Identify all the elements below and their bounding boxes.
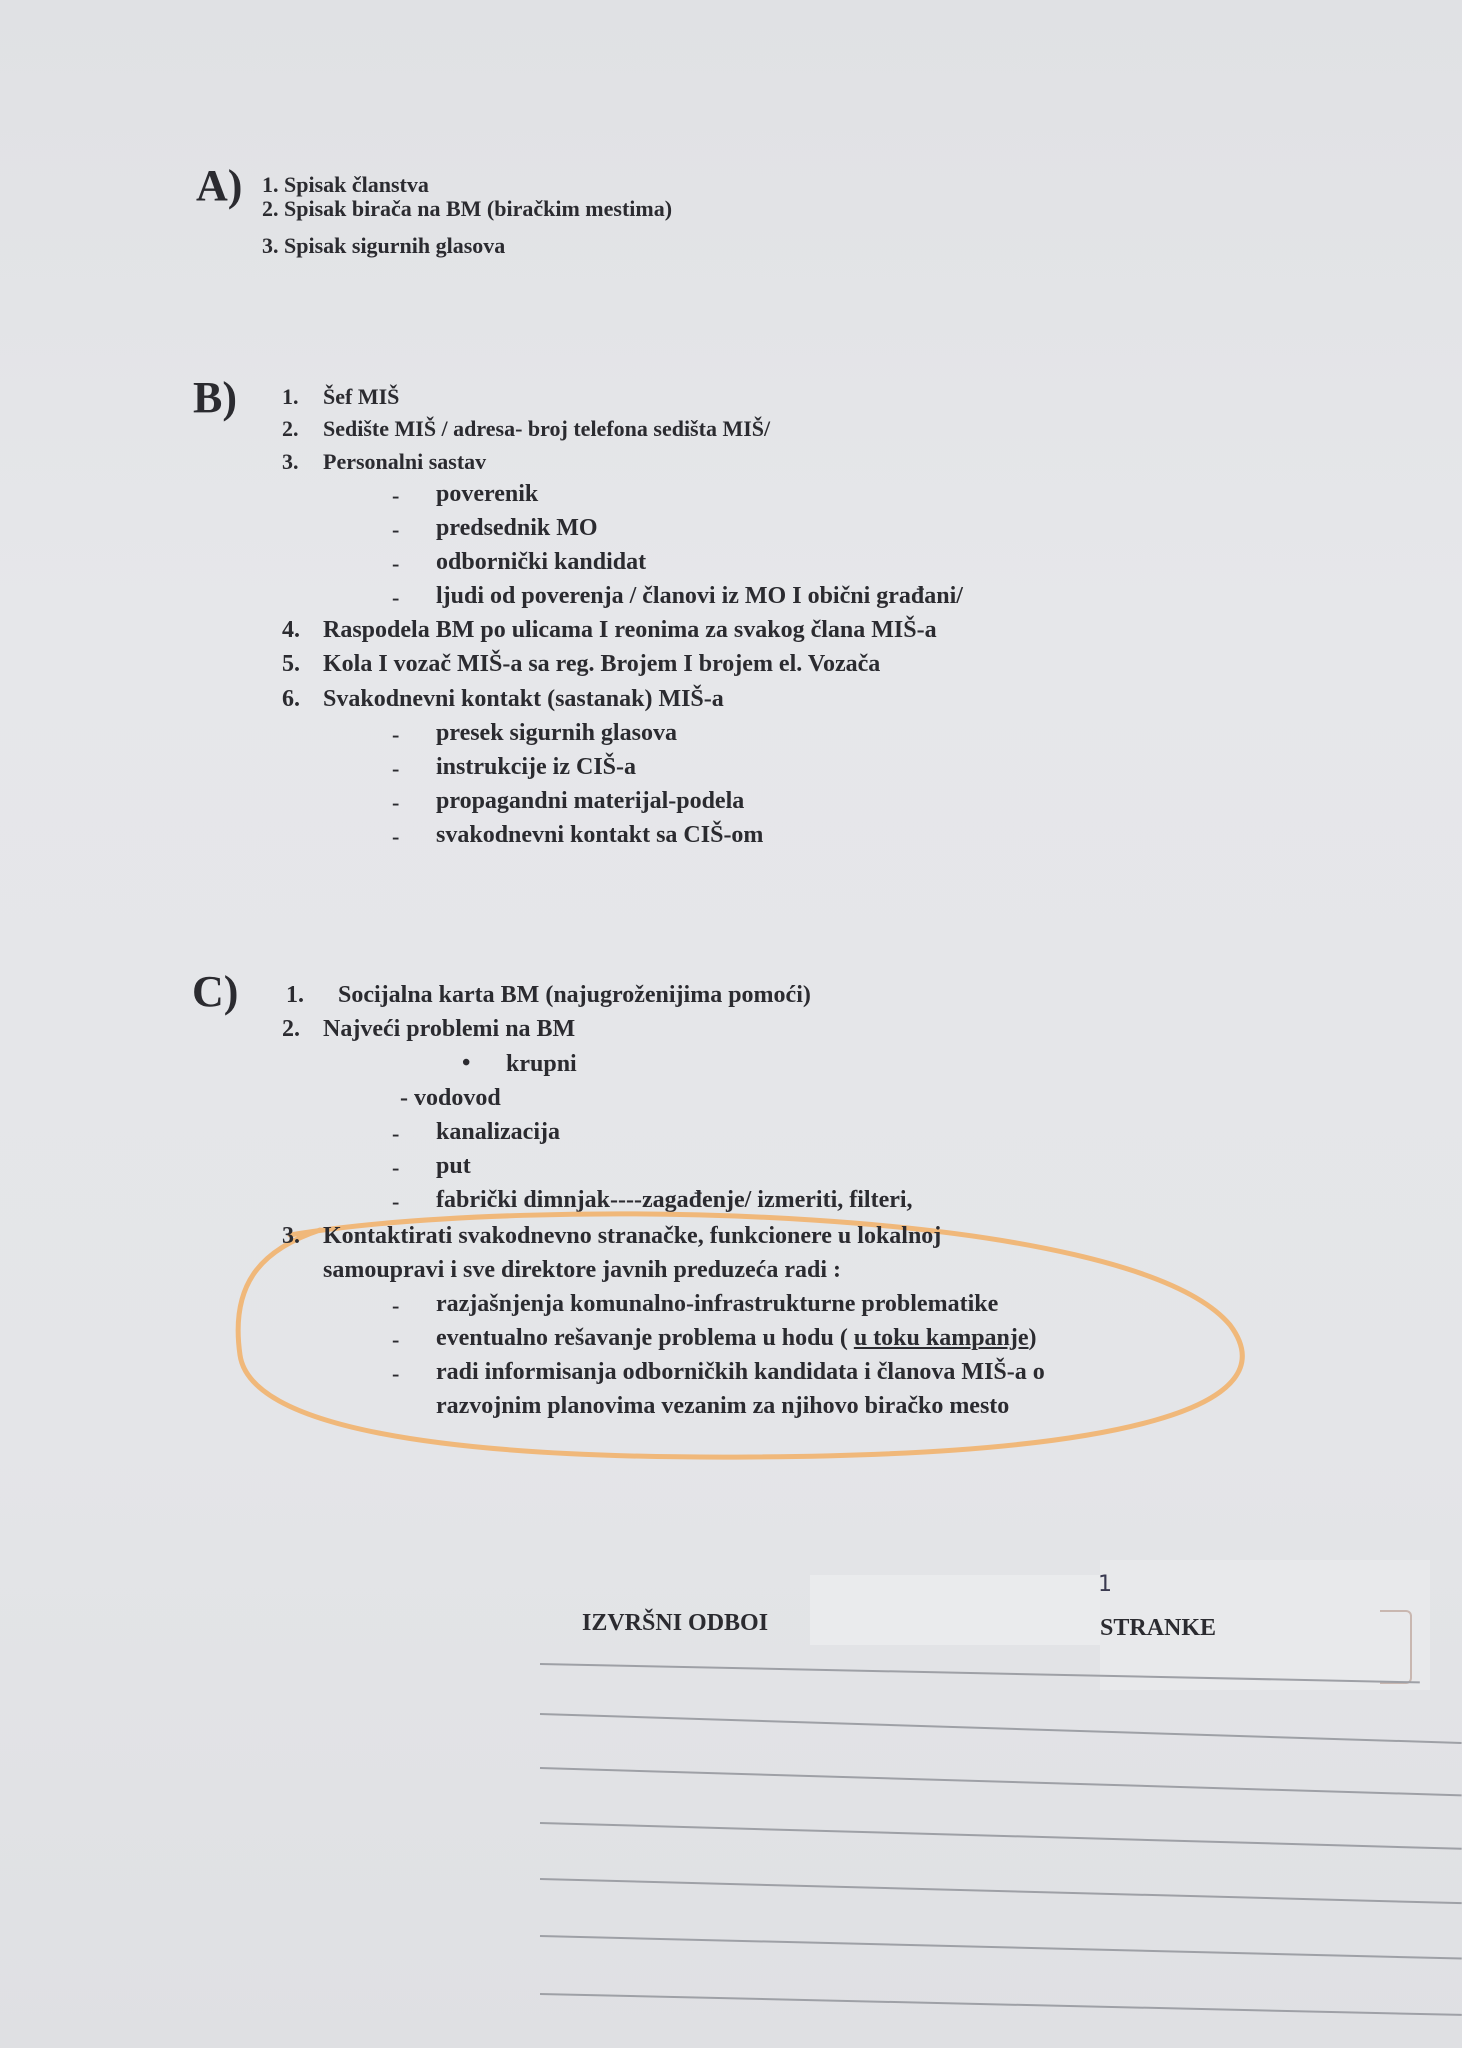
bullet-icon: •: [462, 1050, 470, 1077]
reason-2-text: eventualno rešavanje problema u hodu (: [436, 1325, 854, 1351]
section-b-item-5: Kola I vozač MIŠ-a sa reg. Brojem I broj…: [323, 651, 880, 678]
section-b-item-2-num: 2.: [282, 416, 299, 442]
section-b-item-6: Svakodnevni kontakt (sastanak) MIŠ-a: [323, 686, 724, 713]
section-b-item-1: Šef MIŠ: [323, 384, 399, 410]
section-a-item-1: 1. Spisak članstva: [262, 172, 429, 198]
ruled-line: [540, 1767, 1462, 1796]
daily-contact-item: propagandni materijal-podela: [436, 788, 744, 815]
personnel-item: ljudi od poverenja / članovi iz MO I obi…: [436, 583, 963, 610]
section-b-letter: B): [193, 372, 237, 423]
reason-2-underlined: u toku kampanje: [854, 1325, 1029, 1351]
dash: -: [392, 517, 399, 543]
personnel-item: odbornički kandidat: [436, 549, 646, 576]
section-c-item-3-line1: Kontaktirati svakodnevno stranačke, funk…: [323, 1223, 941, 1250]
dash: -: [392, 1293, 399, 1319]
reason-item-3-line2: razvojnim planovima vezanim za njihovo b…: [436, 1393, 1009, 1420]
dash: -: [392, 551, 399, 577]
ruled-line: [540, 1878, 1462, 1904]
section-c-item-2: Najveći problemi na BM: [323, 1016, 575, 1043]
dash: -: [392, 790, 399, 816]
reason-2-close: ): [1029, 1325, 1037, 1351]
personnel-item: poverenik: [436, 481, 538, 508]
dash: -: [392, 1361, 399, 1387]
section-c-item-1: Socijalna karta BM (najugroženijima pomo…: [338, 982, 811, 1009]
section-c-item-3-num: 3.: [282, 1223, 300, 1250]
section-b-item-2: Sedište MIŠ / adresa- broj telefona sedi…: [323, 416, 770, 442]
personnel-item: predsednik MO: [436, 515, 598, 542]
redaction-patch: [810, 1575, 1100, 1645]
ruled-line: [540, 1935, 1462, 1960]
section-c-item-1-num: 1.: [286, 982, 304, 1009]
reason-item-3-line1: radi informisanja odborničkih kandidata …: [436, 1359, 1045, 1386]
reason-item-2: eventualno rešavanje problema u hodu ( u…: [436, 1325, 1037, 1352]
section-b-item-6-num: 6.: [282, 686, 300, 713]
section-c-item-3-line2: samoupravi i sve direktore javnih preduz…: [323, 1257, 841, 1284]
daily-contact-item: instrukcije iz CIŠ-a: [436, 754, 636, 781]
dash: -: [392, 1121, 399, 1147]
problem-item: kanalizacija: [436, 1119, 560, 1146]
section-b-item-3-num: 3.: [282, 449, 299, 475]
section-a-letter: A): [196, 160, 242, 211]
section-b-item-4-num: 4.: [282, 617, 300, 644]
problem-category: krupni: [506, 1051, 577, 1078]
section-c-item-2-num: 2.: [282, 1016, 300, 1043]
daily-contact-item: svakodnevni kontakt sa CIŠ-om: [436, 822, 763, 849]
section-b-item-1-num: 1.: [282, 384, 299, 410]
dash: -: [392, 824, 399, 850]
dash: -: [392, 722, 399, 748]
ruled-line: [540, 1822, 1462, 1850]
section-a-item-3: 3. Spisak sigurnih glasova: [262, 233, 505, 259]
section-b-item-5-num: 5.: [282, 651, 300, 678]
dash: -: [392, 756, 399, 782]
section-b-item-3: Personalni sastav: [323, 449, 486, 475]
section-c-letter: C): [192, 966, 238, 1017]
footer-left-text: IZVRŠNI ODBOI: [582, 1610, 768, 1637]
daily-contact-item: presek sigurnih glasova: [436, 720, 677, 747]
section-b-item-4: Raspodela BM po ulicama I reonima za sva…: [323, 617, 937, 644]
problem-item: - vodovod: [400, 1085, 501, 1112]
tape-edge: [1380, 1610, 1412, 1684]
dash: -: [392, 1155, 399, 1181]
dash: -: [392, 1327, 399, 1353]
handwritten-mark: 1: [1098, 1572, 1112, 1597]
dash: -: [392, 483, 399, 509]
reason-item-1: razjašnjenja komunalno-infrastrukturne p…: [436, 1291, 998, 1318]
problem-item: put: [436, 1153, 471, 1180]
ruled-line: [540, 1713, 1462, 1744]
document-page: A) 1. Spisak članstva 2. Spisak birača n…: [0, 0, 1462, 2048]
section-a-item-2: 2. Spisak birača na BM (biračkim mestima…: [262, 196, 672, 222]
dash: -: [392, 585, 399, 611]
footer-right-text: STRANKE: [1100, 1615, 1216, 1642]
ruled-line: [540, 1993, 1462, 2016]
